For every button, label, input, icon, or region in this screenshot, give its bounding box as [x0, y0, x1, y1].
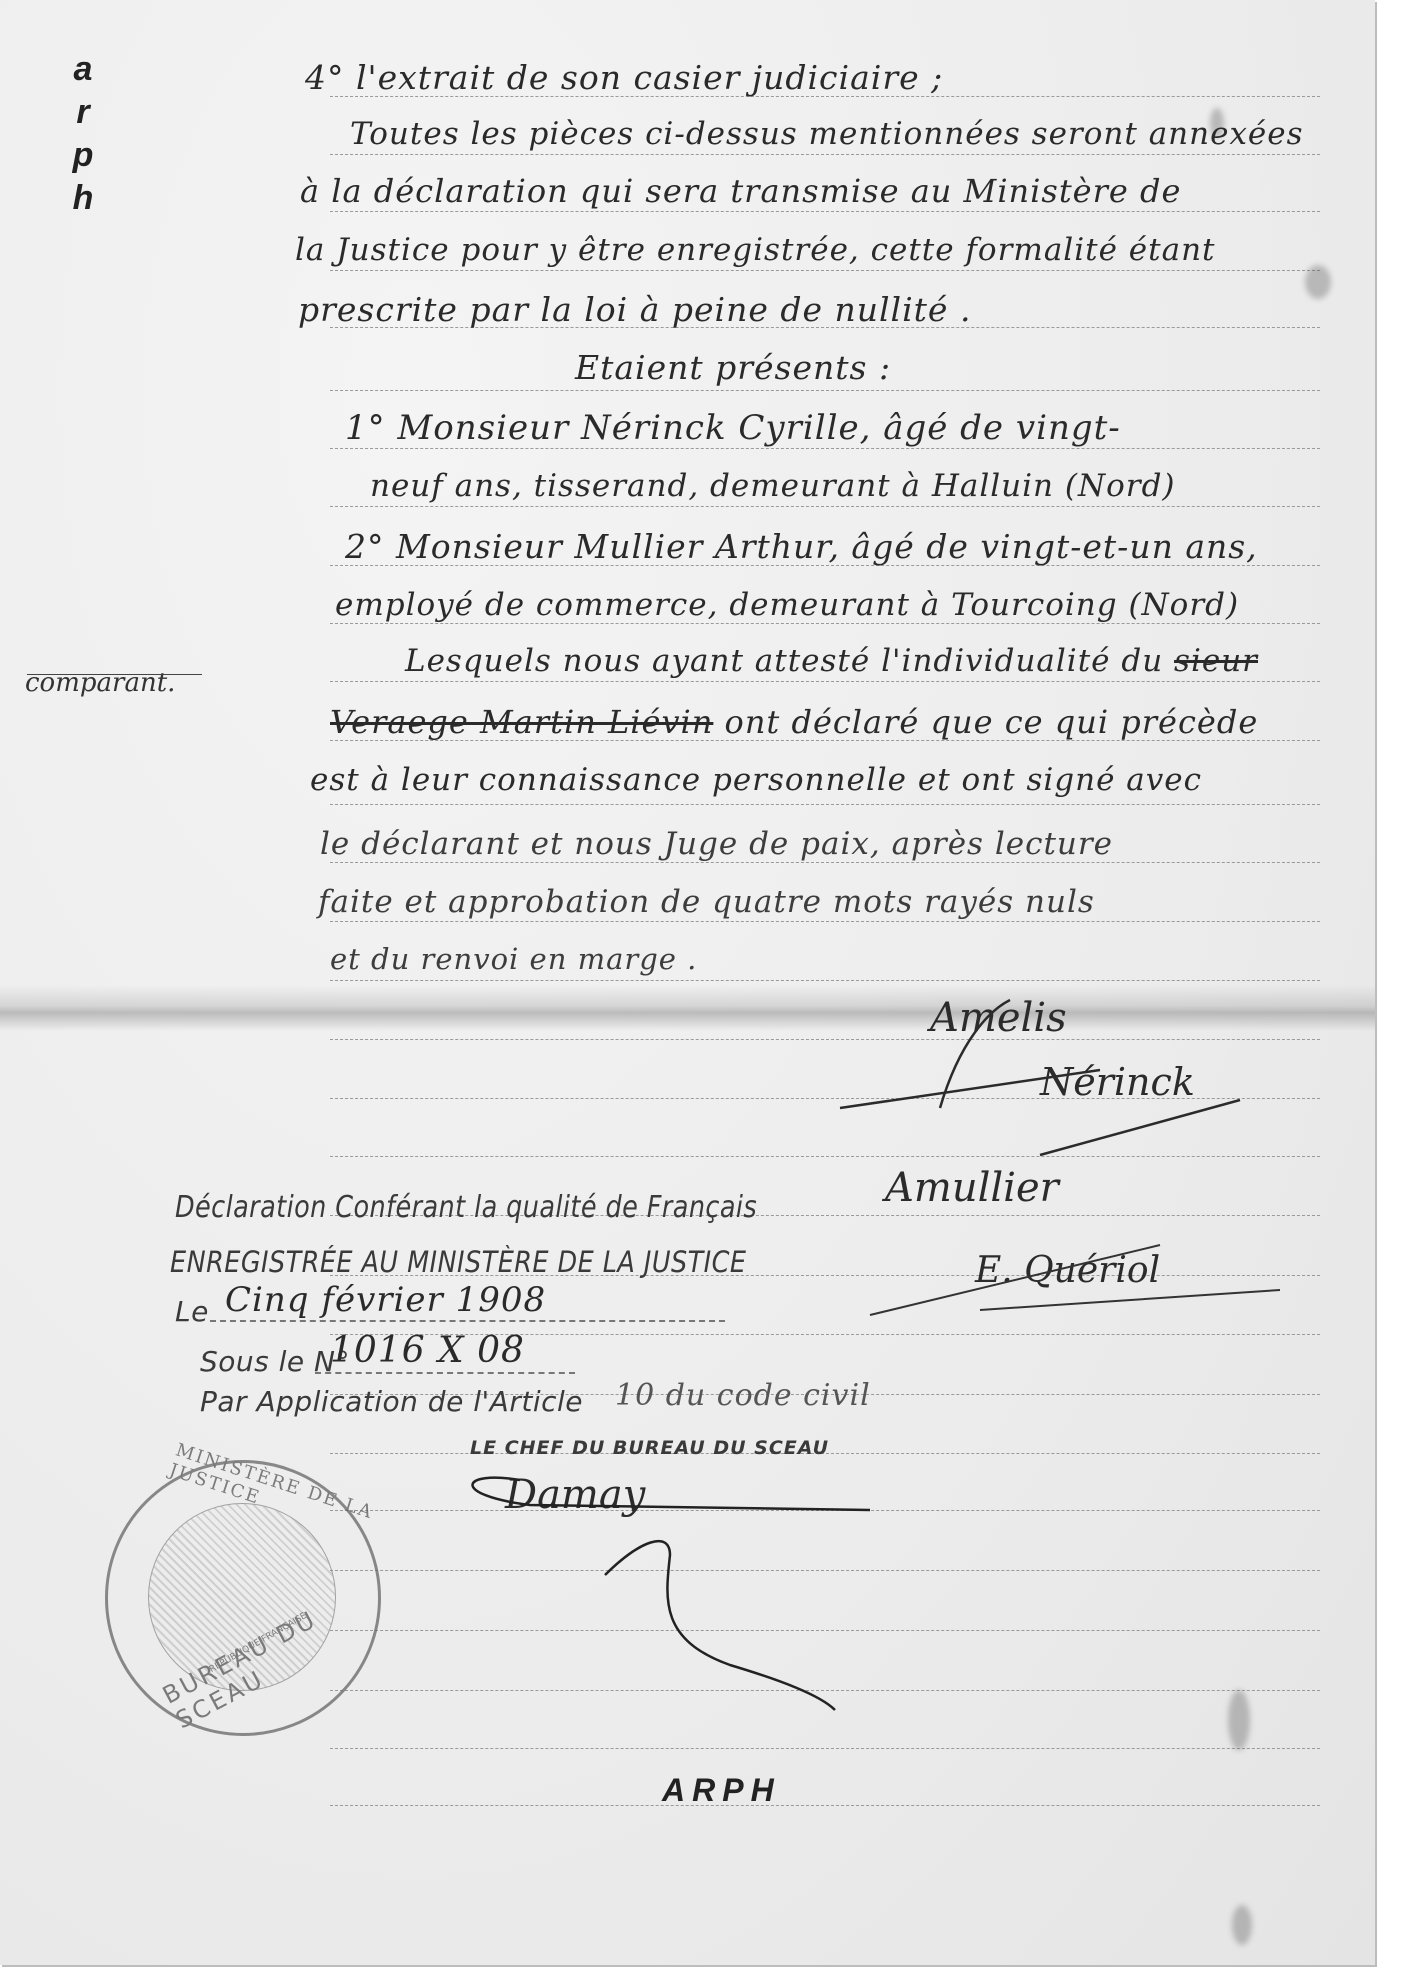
witness-1-line-1: 1° Monsieur Nérinck Cyrille, âgé de ving…: [345, 408, 1121, 448]
attestation-line-2: Veraege Martin Liévin ont déclaré que ce…: [330, 703, 1258, 741]
body-line-3: à la déclaration qui sera transmise au M…: [300, 172, 1181, 210]
arph-watermark-vertical: a r p h: [68, 48, 98, 220]
struck-word: sieur: [1174, 643, 1258, 679]
stamp-date-label: Le: [175, 1295, 209, 1328]
stamp-chef-title: LE CHEF DU BUREAU DU SCEAU: [470, 1437, 829, 1459]
ruled-line: [330, 921, 1320, 922]
ruled-line: [330, 448, 1320, 449]
witness-2-line-2: employé de commerce, demeurant à Tourcoi…: [335, 587, 1239, 623]
stamp-number-line: [315, 1372, 575, 1374]
arph-watermark-bottom: ARPH: [662, 1772, 781, 1809]
body-line-present-heading: Etaient présents :: [575, 348, 891, 387]
bureau-du-sceau-seal: MINISTÈRE DE LA JUSTICE RÉPUBLIQUE FRANÇ…: [105, 1460, 381, 1736]
attestation-line-3: est à leur connaissance personnelle et o…: [310, 762, 1202, 798]
ink-stain: [1228, 1690, 1250, 1750]
ink-stain: [1305, 265, 1331, 299]
ink-stain: [1232, 1905, 1252, 1945]
stamp-article-value: 10 du code civil: [615, 1378, 871, 1413]
margin-note: comparant.: [25, 668, 175, 698]
ruled-line: [330, 623, 1320, 624]
ruled-line: [330, 506, 1320, 507]
stamp-article-label: Par Application de l'Article: [200, 1385, 583, 1418]
ruled-line: [330, 980, 1320, 981]
body-line-5: prescrite par la loi à peine de nullité …: [298, 290, 971, 329]
attestation-line-5: faite et approbation de quatre mots rayé…: [318, 884, 1095, 920]
ruled-line: [330, 270, 1320, 271]
ruled-line: [330, 804, 1320, 805]
ruled-line: [330, 154, 1320, 155]
ruled-line: [330, 211, 1320, 212]
attestation-line-6: et du renvoi en marge .: [330, 942, 697, 976]
stamp-declaration-title: Déclaration Conférant la qualité de Fran…: [175, 1190, 757, 1225]
stamp-registration-heading: ENREGISTRÉE AU MINISTÈRE DE LA JUSTICE: [170, 1245, 746, 1279]
ruled-line: [330, 681, 1320, 682]
signature-flourish: [860, 1180, 1300, 1320]
attestation-line-1: Lesquels nous ayant attesté l'individual…: [405, 643, 1258, 679]
ruled-line: [330, 862, 1320, 863]
signature-flourish: [840, 1000, 1240, 1160]
stamp-date-value: Cinq février 1908: [225, 1280, 546, 1320]
stamp-date-line: [210, 1320, 725, 1322]
body-line-4: la Justice pour y être enregistrée, cett…: [295, 232, 1216, 268]
witness-2-line-1: 2° Monsieur Mullier Arthur, âgé de vingt…: [345, 527, 1258, 566]
witness-1-line-2: neuf ans, tisserand, demeurant à Halluin…: [370, 468, 1176, 504]
signature-damay-flourish: [400, 1460, 840, 1720]
ruled-line: [330, 390, 1320, 391]
ruled-line: [330, 1805, 1320, 1806]
body-line-2: Toutes les pièces ci-dessus mentionnées …: [350, 116, 1304, 152]
stamp-number-value: 1016 X 08: [330, 1330, 525, 1371]
struck-name: Veraege Martin Liévin: [330, 703, 713, 741]
body-line-1: 4° l'extrait de son casier judiciaire ;: [305, 58, 943, 97]
attestation-line-4: le déclarant et nous Juge de paix, après…: [320, 826, 1113, 862]
ruled-line: [330, 1748, 1320, 1749]
document-page: a r p h 4° l'extrait de son casier judic…: [0, 0, 1375, 1965]
